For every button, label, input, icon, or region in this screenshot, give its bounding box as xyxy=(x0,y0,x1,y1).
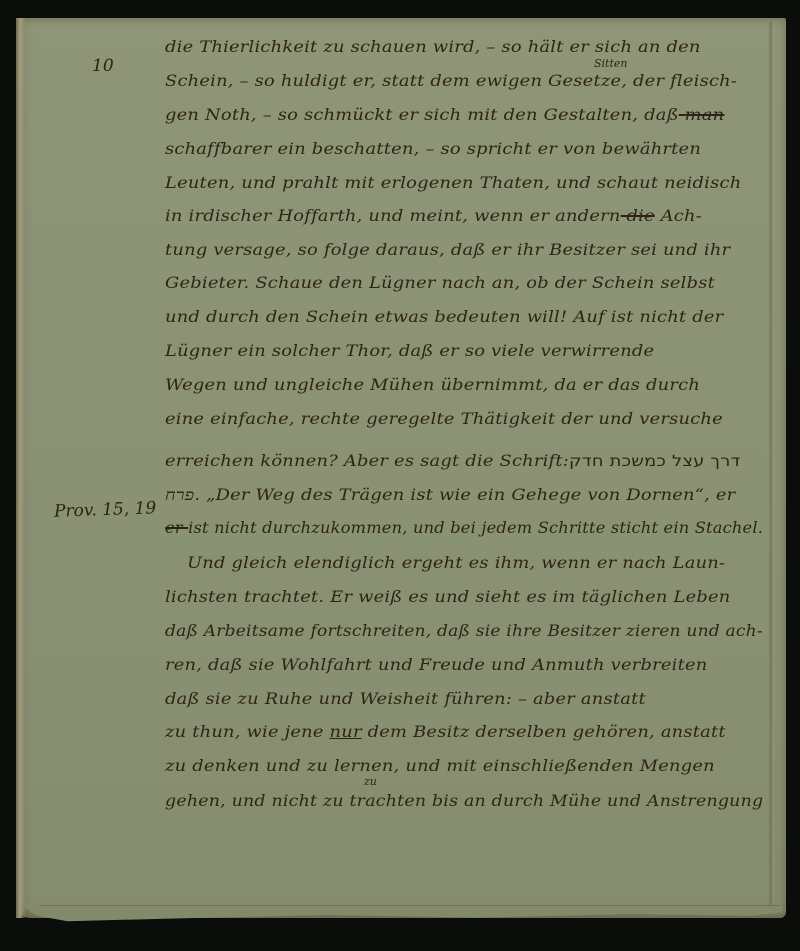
manuscript-line: Gebieter. Schaue den Lügner nach an, ob … xyxy=(165,274,715,292)
struck-word: die xyxy=(621,207,655,225)
manuscript-line: lichsten trachtet. Er weiß es und sieht … xyxy=(165,588,730,606)
manuscript-line: er ist nicht durchzukommen, und bei jede… xyxy=(165,519,763,537)
manuscript-line: erreichen können? Aber es sagt die Schri… xyxy=(165,452,746,470)
line-text: daß Arbeitsame fortschreiten, daß sie ih… xyxy=(165,622,763,640)
manuscript-line: ren, daß sie Wohlfahrt und Freude und An… xyxy=(165,656,707,674)
line-text: und durch den Schein etwas bedeuten will… xyxy=(165,308,723,326)
line-text: gen Noth, – so schmückt er sich mit den … xyxy=(165,106,679,124)
line-text: schaffbarer ein beschatten, – so spricht… xyxy=(165,140,701,158)
manuscript-line: die Thierlichkeit zu schauen wird, – so … xyxy=(165,38,701,56)
hebrew-quotation: דרך עצל כמשכת חדק xyxy=(569,452,746,470)
paper-deckled-edge xyxy=(22,905,782,923)
paper-fold-line xyxy=(40,905,780,906)
line-text: in irdischer Hoffarth, und meint, wenn e… xyxy=(165,207,621,225)
manuscript-line: gen Noth, – so schmückt er sich mit den … xyxy=(165,106,724,124)
manuscript-line: zu denken und zu lernen, und mit einschl… xyxy=(165,757,715,775)
line-text: die Thierlichkeit zu schauen wird, – so … xyxy=(165,38,701,56)
struck-word: man xyxy=(679,106,725,124)
line-text: daß sie zu Ruhe und Weisheit führen: – a… xyxy=(165,690,646,708)
line-text: Schein, – so huldigt er, statt dem ewige… xyxy=(165,72,737,90)
line-text: ist nicht durchzukommen, und bei jedem S… xyxy=(188,519,763,537)
manuscript-scan: 10 Prov. 15, 19 die Thierlichkeit zu sch… xyxy=(0,0,800,951)
manuscript-line: Lügner ein solcher Thor, daß er so viele… xyxy=(165,342,654,360)
struck-word: er xyxy=(165,519,188,537)
manuscript-line: gehen, und nicht zu trachten bis an durc… xyxy=(165,792,763,810)
line-text: ren, daß sie Wohlfahrt und Freude und An… xyxy=(165,656,707,674)
manuscript-line: Wegen und ungleiche Mühen übernimmt, da … xyxy=(165,376,700,394)
manuscript-line: Schein, – so huldigt er, statt dem ewige… xyxy=(165,72,737,90)
line-text: Wegen und ungleiche Mühen übernimmt, da … xyxy=(165,376,700,394)
line-text: Leuten, und prahlt mit erlogenen Thaten,… xyxy=(165,174,741,192)
manuscript-line: in irdischer Hoffarth, und meint, wenn e… xyxy=(165,207,702,225)
page-number: 10 xyxy=(92,56,114,76)
line-text: gehen, und nicht zu trachten bis an durc… xyxy=(165,792,763,810)
manuscript-line: פרח. „Der Weg des Trägen ist wie ein Geh… xyxy=(165,486,735,505)
line-text: tung versage, so folge daraus, daß er ih… xyxy=(165,241,730,259)
line-text: zu denken und zu lernen, und mit einschl… xyxy=(165,757,715,775)
manuscript-line: zu thun, wie jene nur dem Besitz derselb… xyxy=(165,723,726,741)
line-text: eine einfache, rechte geregelte Thätigke… xyxy=(165,410,723,428)
underlined-word: nur xyxy=(330,723,362,741)
manuscript-line: daß sie zu Ruhe und Weisheit führen: – a… xyxy=(165,690,646,708)
manuscript-line: und durch den Schein etwas bedeuten will… xyxy=(165,308,723,326)
margin-note-bible-reference: Prov. 15, 19 xyxy=(54,498,157,522)
manuscript-line: daß Arbeitsame fortschreiten, daß sie ih… xyxy=(165,622,763,640)
line-text: פרח. „Der Weg des Trägen ist wie ein Geh… xyxy=(165,486,735,504)
manuscript-line: eine einfache, rechte geregelte Thätigke… xyxy=(165,410,723,428)
line-continuation: Ach- xyxy=(655,207,702,225)
manuscript-line: tung versage, so folge daraus, daß er ih… xyxy=(165,241,730,259)
manuscript-line: schaffbarer ein beschatten, – so spricht… xyxy=(165,140,701,158)
line-text: lichsten trachtet. Er weiß es und sieht … xyxy=(165,588,730,606)
interlinear-insertion: zu xyxy=(364,775,377,788)
line-text: Gebieter. Schaue den Lügner nach an, ob … xyxy=(165,274,715,292)
line-text: erreichen können? Aber es sagt die Schri… xyxy=(165,452,569,470)
interlinear-insertion: Sitten xyxy=(594,57,628,70)
line-text: Lügner ein solcher Thor, daß er so viele… xyxy=(165,342,654,360)
manuscript-line: Und gleich elendiglich ergeht es ihm, we… xyxy=(187,554,725,572)
manuscript-line: Leuten, und prahlt mit erlogenen Thaten,… xyxy=(165,174,741,192)
line-text: Und gleich elendiglich ergeht es ihm, we… xyxy=(187,554,725,572)
